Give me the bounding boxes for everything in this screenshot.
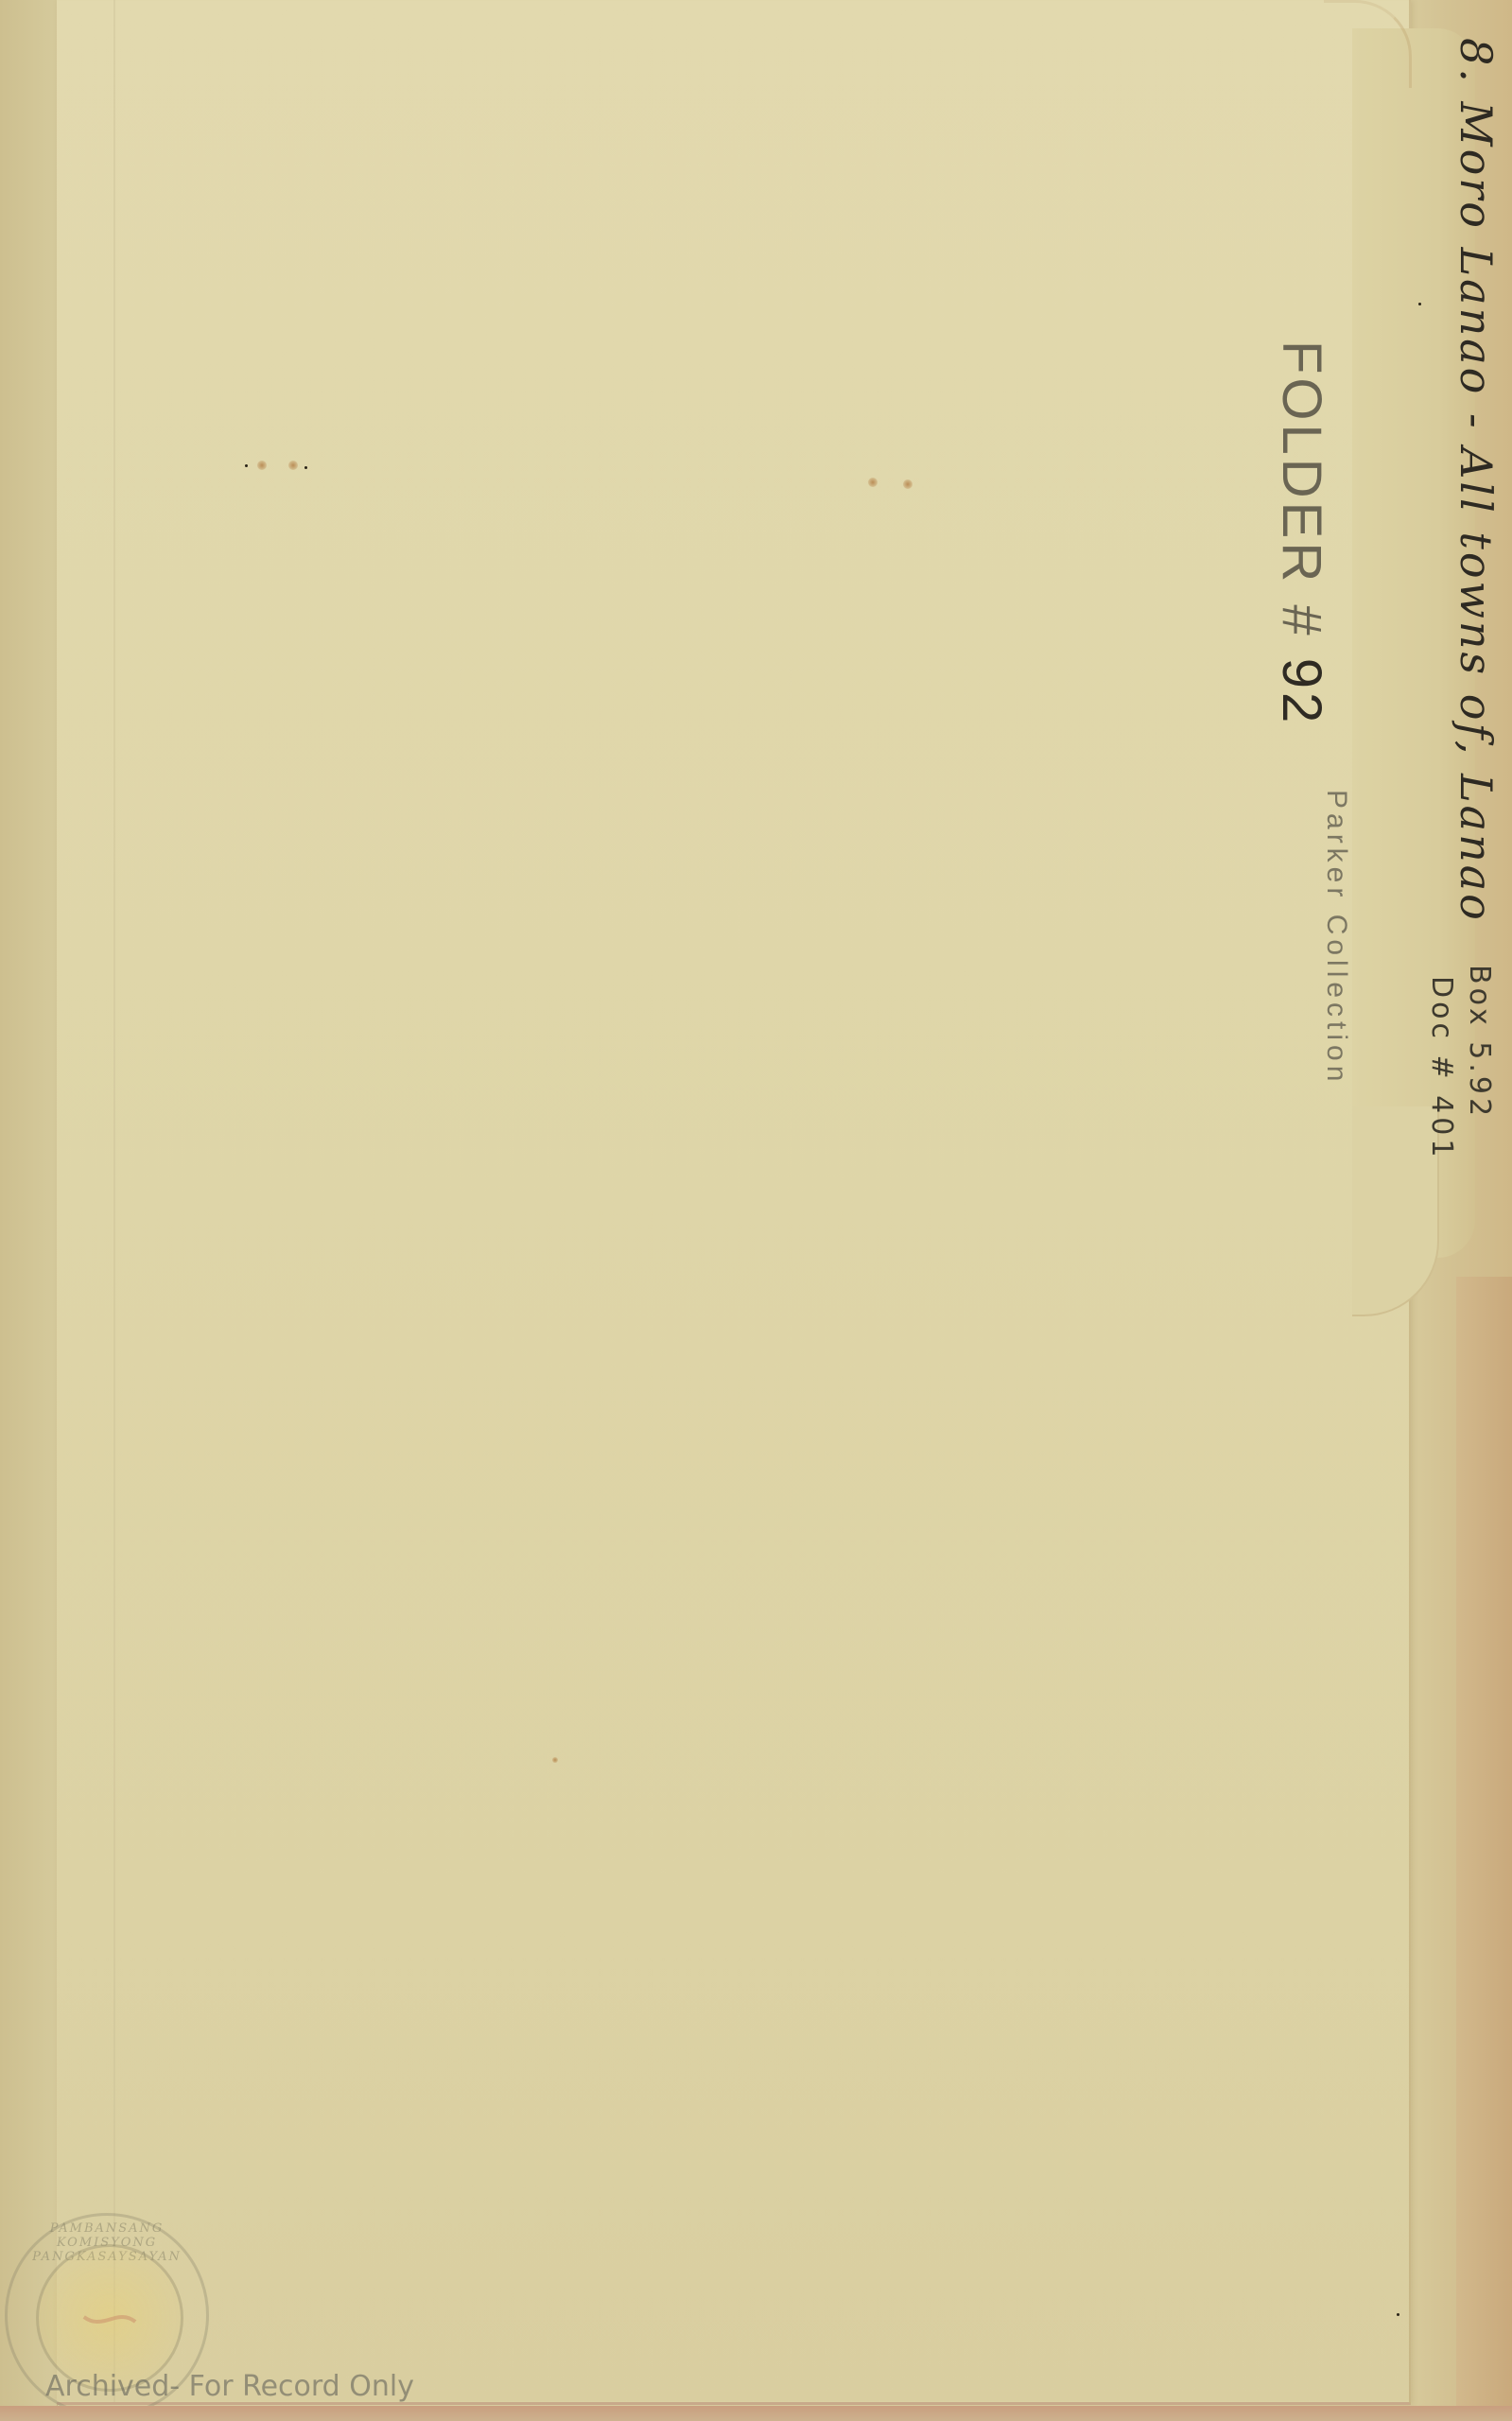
stain-spot [552,1757,558,1763]
seal-sun-glyph-icon: ᜑ [39,2247,181,2389]
folder-crease [113,0,115,2402]
folder-label-text: FOLDER # [1271,340,1332,639]
folder-scan: 8. Moro Lanao - All towns of, Lanao FOLD… [0,0,1512,2421]
speck [304,466,307,469]
folder-number-label: FOLDER # 92 [1270,340,1333,726]
folder-number: 92 [1271,658,1332,727]
box-number: Box 5.92 [1463,965,1496,1120]
speck [245,464,248,467]
back-folder-right-strip [1456,1277,1512,2421]
folder-bottom-edge [0,2406,1512,2421]
back-folder-edge [0,0,58,2421]
stain-spot [288,461,298,470]
folder-front-panel [57,0,1411,2405]
collection-label: Parker Collection [1320,790,1352,1086]
tab-title-handwriting: 8. Moro Lanao - All towns of, Lanao [1451,38,1502,923]
stain-spot [868,478,878,487]
stain-spot [903,479,912,489]
stain-spot [257,461,267,470]
speck [1418,303,1421,305]
doc-number: Doc # 401 [1425,976,1458,1160]
archived-caption: Archived- For Record Only [45,2370,414,2403]
speck [1397,2313,1399,2316]
